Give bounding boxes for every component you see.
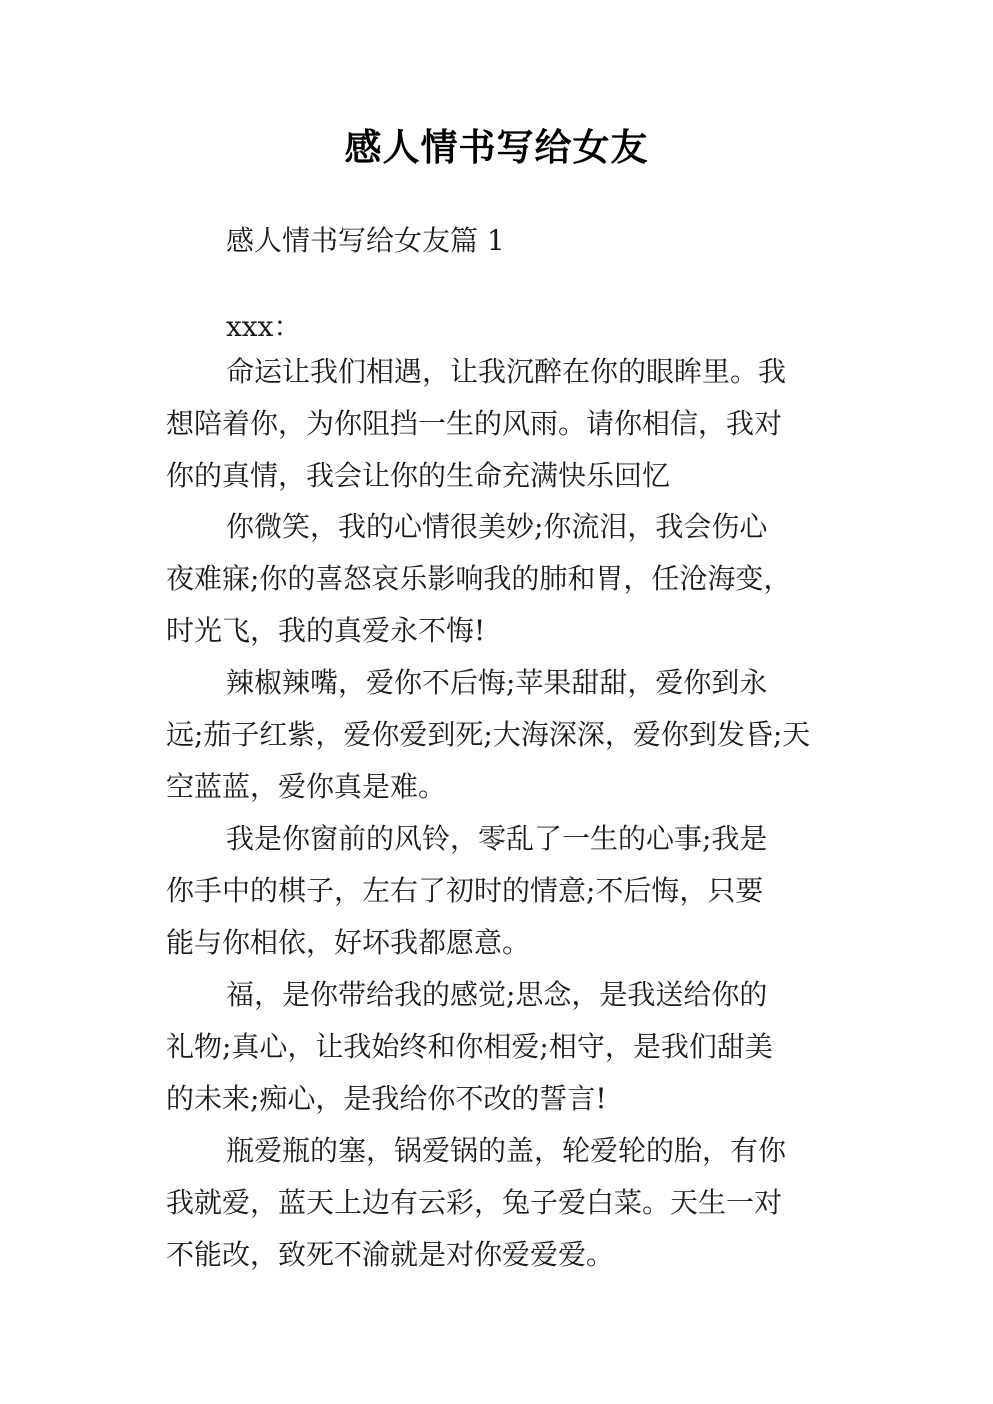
paragraph-line: 远;茄子红紫，爱你爱到死;大海深深，爱你到发昏;天 [166,715,810,755]
paragraph-line: 时光飞，我的真爱永不悔! [166,611,485,651]
paragraph-line: 的未来;痴心，是我给你不改的誓言! [166,1079,607,1119]
paragraph-line: 瓶爱瓶的塞，锅爱锅的盖，轮爱轮的胎，有你 [226,1131,786,1171]
paragraph-line: 辣椒辣嘴，爱你不后悔;苹果甜甜，爱你到永 [226,663,767,703]
document-title: 感人情书写给女友 [0,124,993,172]
paragraph-line: 空蓝蓝，爱你真是难。 [166,767,446,807]
paragraph-line: 命运让我们相遇，让我沉醉在你的眼眸里。我 [226,352,786,392]
paragraph-line: 你手中的棋子，左右了初时的情意;不后悔，只要 [166,871,763,911]
paragraph-line: 我就爱，蓝天上边有云彩，兔子爱白菜。天生一对 [166,1183,782,1223]
paragraph-line: 想陪着你，为你阻挡一生的风雨。请你相信，我对 [166,404,782,444]
paragraph-line: 不能改，致死不渝就是对你爱爱爱。 [166,1235,614,1275]
paragraph-line: 你微笑，我的心情很美妙;你流泪，我会伤心 [226,507,767,547]
section-heading: 感人情书写给女友篇 1 [226,221,505,261]
paragraph-line: 我是你窗前的风铃，零乱了一生的心事;我是 [226,819,767,859]
salutation: xxx： [226,307,301,347]
paragraph-line: 你的真情，我会让你的生命充满快乐回忆 [166,456,670,496]
paragraph-line: 福，是你带给我的感觉;思念，是我送给你的 [226,975,767,1015]
paragraph-line: 夜难寐;你的喜怒哀乐影响我的肺和胃，任沧海变， [166,559,791,599]
paragraph-line: 礼物;真心，让我始终和你相爱;相守，是我们甜美 [166,1027,773,1067]
paragraph-line: 能与你相依，好坏我都愿意。 [166,923,530,963]
